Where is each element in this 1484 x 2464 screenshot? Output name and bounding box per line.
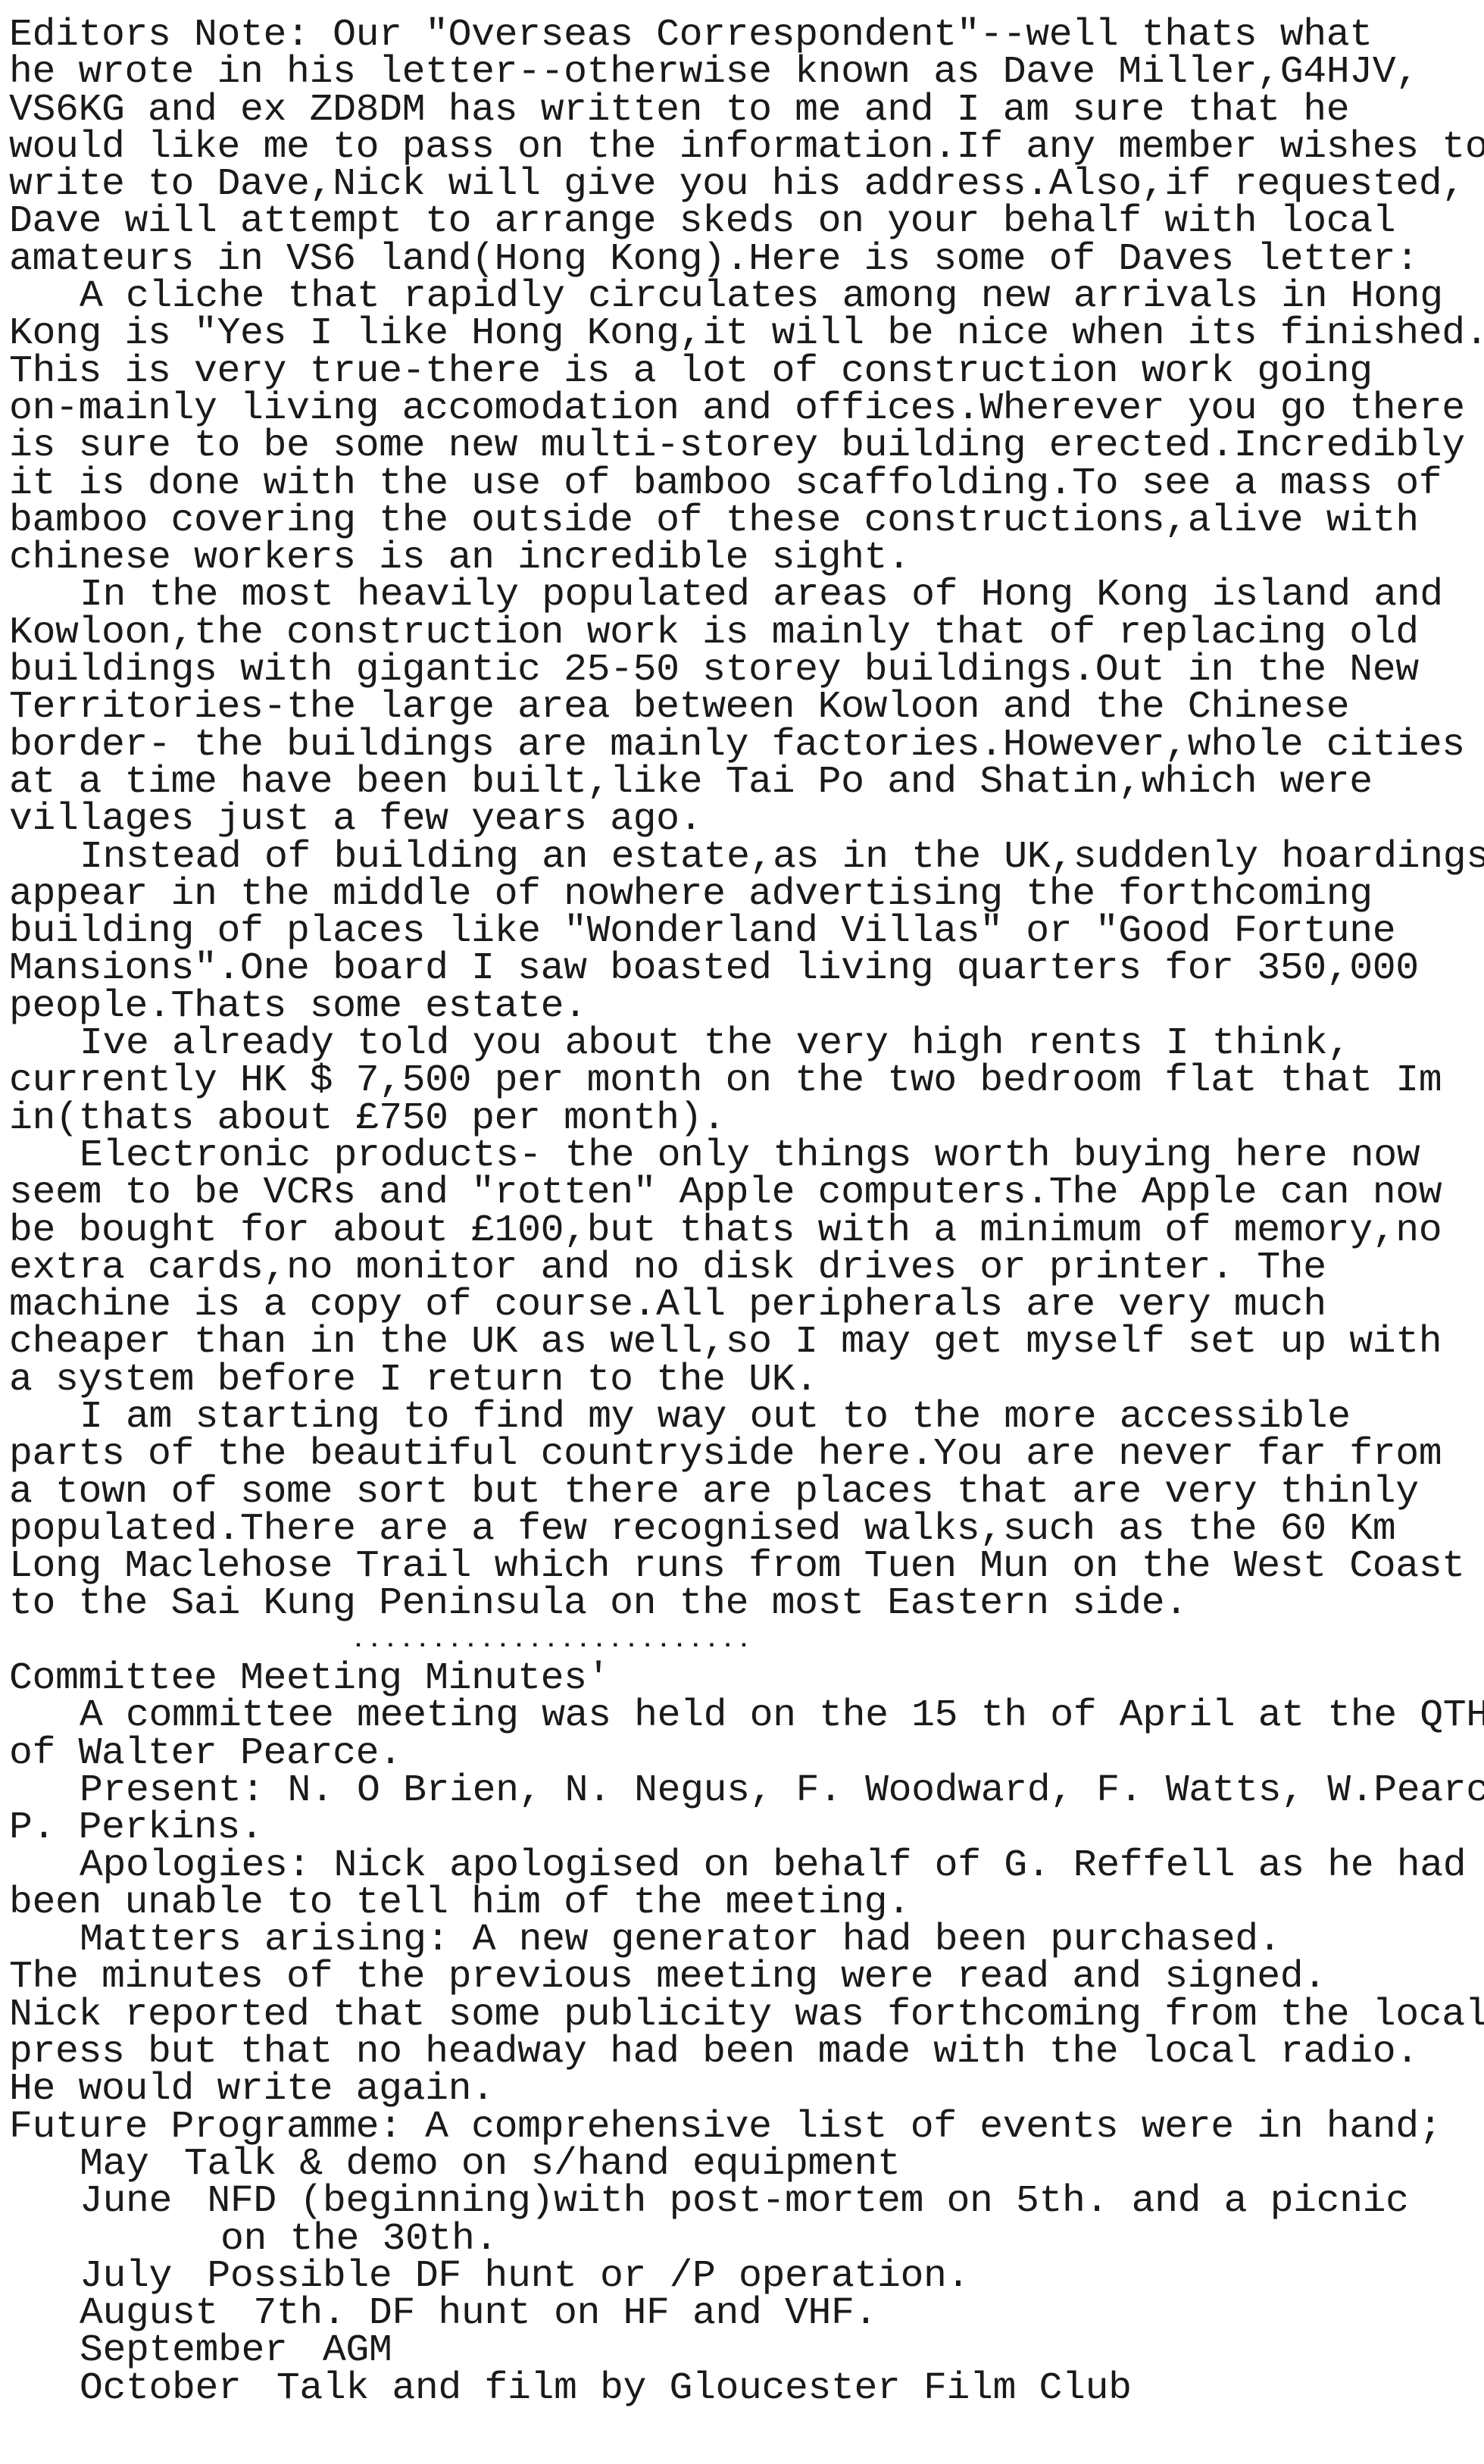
- letter-line: building of places like "Wonderland Vill…: [9, 913, 1479, 950]
- letter-line: parts of the beautiful countryside here.…: [9, 1436, 1479, 1473]
- minutes-heading: Committee Meeting Minutes': [9, 1660, 1479, 1697]
- letter-paragraph: Electronic products- the only things wor…: [9, 1137, 1479, 1399]
- letter-line: on-mainly living accomodation and office…: [9, 390, 1479, 427]
- minutes-line: P. Perkins.: [9, 1809, 1479, 1846]
- schedule-month: October: [80, 2369, 242, 2406]
- schedule-event-continued: on the 30th.: [9, 2220, 1479, 2257]
- letter-line: This is very true-there is a lot of cons…: [9, 353, 1479, 390]
- minutes-line: been unable to tell him of the meeting.: [9, 1884, 1479, 1921]
- minutes-line: Apologies: Nick apologised on behalf of …: [9, 1846, 1479, 1884]
- letter-line: chinese workers is an incredible sight.: [9, 539, 1479, 577]
- letter-line: to the Sai Kung Peninsula on the most Ea…: [9, 1585, 1479, 1622]
- letter-line: a system before I return to the UK.: [9, 1361, 1479, 1398]
- schedule-month: June: [80, 2183, 172, 2220]
- letter-line: A cliche that rapidly circulates among n…: [9, 278, 1479, 315]
- letter-line: Electronic products- the only things wor…: [9, 1137, 1479, 1174]
- letter-paragraph: I am starting to find my way out to the …: [9, 1399, 1479, 1623]
- letter-line: Mansions".One board I saw boasted living…: [9, 950, 1479, 987]
- minutes-line: A committee meeting was held on the 15 t…: [9, 1697, 1479, 1734]
- minutes-line: The minutes of the previous meeting were…: [9, 1959, 1479, 1996]
- letter-line: be bought for about £100,but thats with …: [9, 1212, 1479, 1249]
- editors-note-line: Editors Note: Our "Overseas Corresponden…: [9, 17, 1479, 54]
- letter-line: it is done with the use of bamboo scaffo…: [9, 464, 1479, 502]
- minutes-line: Present: N. O Brien, N. Negus, F. Woodwa…: [9, 1772, 1479, 1809]
- future-programme: Future Programme: A comprehensive list o…: [9, 2108, 1479, 2406]
- editors-note-line: would like me to pass on the information…: [9, 129, 1479, 166]
- minutes-line: Matters arising: A new generator had bee…: [9, 1921, 1479, 1959]
- section-separator: .........................: [9, 1623, 1479, 1660]
- letter-line: Kowloon,the construction work is mainly …: [9, 614, 1479, 652]
- letter-line: Territories-the large area between Kowlo…: [9, 689, 1479, 726]
- letter-line: bamboo covering the outside of these con…: [9, 502, 1479, 539]
- letter-line: machine is a copy of course.All peripher…: [9, 1287, 1479, 1324]
- letter-line: In the most heavily populated areas of H…: [9, 577, 1479, 614]
- letter-paragraph: In the most heavily populated areas of H…: [9, 577, 1479, 838]
- editors-note-line: amateurs in VS6 land(Hong Kong).Here is …: [9, 241, 1479, 278]
- letter-line: I am starting to find my way out to the …: [9, 1399, 1479, 1436]
- minutes-opening: A committee meeting was held on the 15 t…: [9, 1697, 1479, 1772]
- typewritten-page: Editors Note: Our "Overseas Corresponden…: [9, 17, 1479, 2407]
- editors-note: Editors Note: Our "Overseas Corresponden…: [9, 17, 1479, 278]
- minutes-line: Nick reported that some publicity was fo…: [9, 1996, 1479, 2033]
- schedule-month: August: [80, 2295, 218, 2332]
- letter-line: populated.There are a few recognised wal…: [9, 1511, 1479, 1548]
- letter-line: Ive already told you about the very high…: [9, 1025, 1479, 1062]
- minutes-present: Present: N. O Brien, N. Negus, F. Woodwa…: [9, 1772, 1479, 1847]
- letter-line: Kong is "Yes I like Hong Kong,it will be…: [9, 315, 1479, 352]
- letter-line: villages just a few years ago.: [9, 801, 1479, 838]
- letter-line: border- the buildings are mainly factori…: [9, 727, 1479, 764]
- letter-line: in(thats about £750 per month).: [9, 1099, 1479, 1137]
- letter-line: buildings with gigantic 25-50 storey bui…: [9, 652, 1479, 689]
- minutes-line: of Walter Pearce.: [9, 1734, 1479, 1771]
- letter-line: extra cards,no monitor and no disk drive…: [9, 1249, 1479, 1287]
- minutes-matters-arising: Matters arising: A new generator had bee…: [9, 1921, 1479, 2108]
- editors-note-line: VS6KG and ex ZD8DM has written to me and…: [9, 92, 1479, 129]
- schedule-month: May: [80, 2146, 149, 2183]
- future-programme-intro: Future Programme: A comprehensive list o…: [9, 2108, 1479, 2145]
- editors-note-line: write to Dave,Nick will give you his add…: [9, 166, 1479, 203]
- schedule-row: August7th. DF hunt on HF and VHF.: [9, 2295, 1479, 2332]
- committee-minutes: Committee Meeting Minutes' A committee m…: [9, 1660, 1479, 2407]
- letter-paragraph: Ive already told you about the very high…: [9, 1025, 1479, 1137]
- letter-line: cheaper than in the UK as well,so I may …: [9, 1324, 1479, 1361]
- letter-line: seem to be VCRs and "rotten" Apple compu…: [9, 1174, 1479, 1212]
- events-schedule: MayTalk & demo on s/hand equipmentJuneNF…: [9, 2146, 1479, 2407]
- letter-line: appear in the middle of nowhere advertis…: [9, 876, 1479, 913]
- minutes-line: He would write again.: [9, 2071, 1479, 2108]
- schedule-row: JulyPossible DF hunt or /P operation.: [9, 2257, 1479, 2294]
- schedule-month: September: [80, 2332, 288, 2369]
- minutes-apologies: Apologies: Nick apologised on behalf of …: [9, 1846, 1479, 1921]
- schedule-row: JuneNFD (beginning)with post-mortem on 5…: [9, 2183, 1479, 2220]
- schedule-event-text: NFD (beginning)with post-mortem on 5th. …: [207, 2180, 1408, 2223]
- editors-note-line: Dave will attempt to arrange skeds on yo…: [9, 203, 1479, 240]
- letter-line: a town of some sort but there are places…: [9, 1473, 1479, 1510]
- schedule-month: July: [80, 2257, 172, 2294]
- schedule-row: SeptemberAGM: [9, 2332, 1479, 2369]
- letter-line: Long Maclehose Trail which runs from Tue…: [9, 1548, 1479, 1585]
- letter-line: is sure to be some new multi-storey buil…: [9, 427, 1479, 464]
- letter-line: at a time have been built,like Tai Po an…: [9, 764, 1479, 801]
- letter-line: people.Thats some estate.: [9, 988, 1479, 1025]
- letter-paragraph: Instead of building an estate,as in the …: [9, 838, 1479, 1024]
- schedule-row: OctoberTalk and film by Gloucester Film …: [9, 2369, 1479, 2406]
- editors-note-line: he wrote in his letter--otherwise known …: [9, 54, 1479, 91]
- letter-body: A cliche that rapidly circulates among n…: [9, 278, 1479, 1622]
- letter-line: Instead of building an estate,as in the …: [9, 838, 1479, 875]
- minutes-line: press but that no headway had been made …: [9, 2034, 1479, 2071]
- letter-line: currently HK $ 7,500 per month on the tw…: [9, 1062, 1479, 1099]
- schedule-event-text: Talk and film by Gloucester Film Club: [276, 2366, 1132, 2409]
- schedule-row: MayTalk & demo on s/hand equipment: [9, 2146, 1479, 2183]
- letter-paragraph: A cliche that rapidly circulates among n…: [9, 278, 1479, 577]
